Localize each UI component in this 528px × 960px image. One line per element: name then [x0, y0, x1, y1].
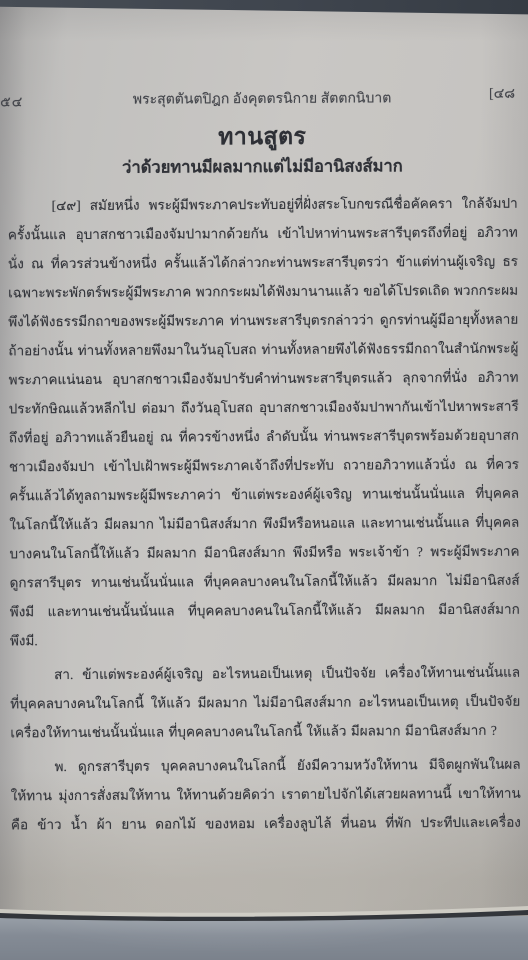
text-line: ให้ทาน มุ่งการสั่งสมให้ทาน ให้ทานด้วยคิด… [11, 779, 521, 811]
text-line: พึงได้ฟังธรรมีกถาของพระผู้มีพระภาค ท่านพ… [8, 305, 518, 337]
text-line: พระภาคแน่นอน อุบาสกชาวเมืองจัมปารับคำท่า… [8, 363, 518, 395]
running-head: พระสุตตันตปิฎก อังคุตตรนิกาย สัตตกนิบาต [7, 87, 517, 112]
page-header: ๕๔ พระสุตตันตปิฎก อังคุตตรนิกาย สัตตกนิบ… [7, 87, 517, 112]
sutra-subtitle: ว่าด้วยทานมีผลมากแต่ไม่มีอานิสงส์มาก [7, 153, 517, 181]
text-line: ที่บุคคลบางคนในโลกนี้ ให้แล้ว มีผลมาก ไม… [10, 687, 520, 719]
text-line: ครั้นแล้วได้ทูลถามพระผู้มีพระภาคว่า ข้าแ… [9, 479, 519, 511]
paragraphs: [๔๙] สมัยหนึ่ง พระผู้มีพระภาคประทับอยู่ท… [8, 189, 521, 840]
paragraph: สา. ข้าแต่พระองค์ผู้เจริญ อะไรหนอเป็นเหต… [10, 658, 520, 748]
page-bottom-edge [0, 902, 528, 922]
table-surface-bottom [0, 916, 528, 960]
text-line: คือ ข้าว น้ำ ผ้า ยาน ดอกไม้ ของหอม เครื่… [11, 808, 521, 840]
sutra-title: ทานสูตร [7, 120, 517, 155]
text-line: ดูกรสารีบุตร ทานเช่นนั้นนั่นแล ที่บุคคลบ… [10, 566, 520, 598]
text-line: เครื่องให้ทานเช่นนั้นนั่นแล ที่บุคคลบางค… [10, 716, 520, 748]
book-page-photo: ๕๔ พระสุตตันตปิฎก อังคุตตรนิกาย สัตตกนิบ… [0, 0, 528, 960]
text-line: ชาวเมืองจัมปา เข้าไปเฝ้าพระผู้มีพระภาคเจ… [9, 450, 519, 482]
paragraph: [๔๙] สมัยหนึ่ง พระผู้มีพระภาคประทับอยู่ท… [8, 189, 520, 656]
folio-number-right: [๔๘ [489, 83, 515, 105]
text-line: พ. ดูกรสารีบุตร บุคคลบางคนในโลกนี้ ยังมี… [11, 750, 521, 782]
text-line: ครั้งนั้นแล อุบาสกชาวเมืองจัมปามากด้วยกั… [8, 218, 518, 250]
text-line: เฉพาะพระพักตร์พระผู้มีพระภาค พวกกระผมได้… [8, 276, 518, 308]
text-line: ถึงที่อยู่ อภิวาทแล้วยืนอยู่ ณ ที่ควรข้า… [9, 421, 519, 453]
text-line: นั่ง ณ ที่ควรส่วนข้างหนึ่ง ครั้นแล้วได้ก… [8, 247, 518, 279]
text-line: ถ้าอย่างนั้น ท่านทั้งหลายพึงมาในวันอุโบส… [8, 334, 518, 366]
text-line: พึงมี. [10, 624, 520, 656]
text-line: พึงมี และทานเช่นนั้นนั่นแล ที่บุคคลบางคน… [10, 595, 520, 627]
text-line: ประทักษิณแล้วหลีกไป ต่อมา ถึงวันอุโบสถ อ… [9, 392, 519, 424]
text-line: ในโลกนี้ให้แล้ว มีผลมาก ไม่มีอานิสงส์มาก… [9, 508, 519, 540]
page-content: ๕๔ พระสุตตันตปิฎก อังคุตตรนิกาย สัตตกนิบ… [7, 87, 521, 840]
text-line: [๔๙] สมัยหนึ่ง พระผู้มีพระภาคประทับอยู่ท… [8, 189, 518, 221]
text-line: บางคนในโลกนี้ให้แล้ว มีผลมาก มีอานิสงส์ม… [9, 537, 519, 569]
text-line: สา. ข้าแต่พระองค์ผู้เจริญ อะไรหนอเป็นเหต… [10, 658, 520, 690]
paragraph: พ. ดูกรสารีบุตร บุคคลบางคนในโลกนี้ ยังมี… [11, 750, 521, 840]
